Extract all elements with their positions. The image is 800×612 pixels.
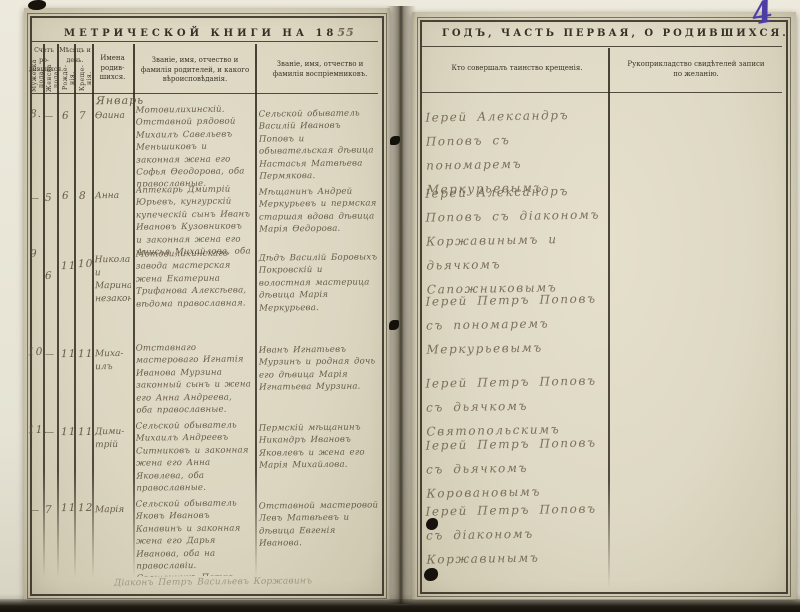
row5-date-birth: 11 xyxy=(61,426,76,438)
col-header-count-male: Мужеска пола. xyxy=(31,64,45,92)
row5-parents: Сельской обыватель Михаилъ Андреевъ Ситн… xyxy=(136,419,253,498)
row2-count-female: 5 xyxy=(45,192,53,204)
right-page-title: ГОДЪ, ЧАСТЬ ПЕРВАЯ, О РОДИВШИХСЯ. xyxy=(442,28,762,39)
title-year-handwritten: 55 xyxy=(337,26,354,39)
stitch-mark xyxy=(389,320,399,330)
row3-parents: Мотовилихинскаго завода мастерская жена … xyxy=(136,247,253,340)
row1-parents: Мотовилихинскій. Отставной рядовой Михаи… xyxy=(136,103,253,186)
row4-parents: Отставнаго мастероваго Игнатія Иванова М… xyxy=(136,341,253,418)
officiant-entry: Іерей Петръ Поповъ съ пономаремъ Меркурь… xyxy=(425,286,606,361)
col-header-signatures: Рукоприкладство свидѣтелей записи по жел… xyxy=(626,60,766,79)
row1-date-baptism: 7 xyxy=(79,110,87,122)
row2-godparents: Мѣщанинъ Андрей Меркурьевъ и пермская ст… xyxy=(259,185,380,256)
col-header-parents: Званіе, имя, отчество и фамилія родителе… xyxy=(140,56,250,85)
row6-date-baptism: 12 xyxy=(78,502,93,514)
header-bottom-rule xyxy=(32,93,378,94)
row6-parents: Сельской обыватель Яковъ Ивановъ Канавин… xyxy=(136,497,253,576)
row5-godparents: Пермскій мѣщанинъ Никандръ Ивановъ Яковл… xyxy=(259,421,380,498)
col-header-date-birth: Рожде­нія. xyxy=(62,64,76,92)
row2-name: Анна xyxy=(95,190,131,203)
row6-count-male: — xyxy=(30,506,39,516)
row3-date-birth: 11 xyxy=(61,260,76,272)
left-page-title: МЕТРИЧЕСКОЙ КНИГИ НА 1855 xyxy=(64,26,354,39)
row3-godparents: Дѣдъ Василій Боровыхъ Покровскій и волос… xyxy=(259,251,380,340)
row4-date-birth: 11 xyxy=(61,348,76,360)
officiant-entry: Іерей Александръ Поповъ съ діакономъ Кор… xyxy=(425,178,607,301)
header-bottom-rule-right xyxy=(422,92,782,93)
row1-name: Ѳаина xyxy=(95,110,131,123)
row3-count-female: 6 xyxy=(45,270,53,282)
row4-name: Миха­илъ xyxy=(95,348,131,374)
binding-seam xyxy=(386,6,416,604)
col-header-names: Имена родив­шихся. xyxy=(94,54,131,83)
row6-name: Марія xyxy=(95,504,131,517)
row5-count-female: — xyxy=(45,428,54,438)
officiant-entry: Іерей Петръ Поповъ съ діакономъ Коржавин… xyxy=(425,496,606,571)
row2-parents: Аптекарь Дмитрій Юрьевъ, кунгурскій купе… xyxy=(136,183,253,256)
ink-blot xyxy=(28,0,46,10)
row3-count-male: 9 xyxy=(30,248,38,260)
row4-date-baptism: 11 xyxy=(78,348,93,360)
row1-date-birth: 6 xyxy=(62,110,70,122)
book-spread-photo: МЕТРИЧЕСКОЙ КНИГИ НА 1855 Счетъ ро­дивши… xyxy=(0,0,800,612)
title-rule xyxy=(422,46,782,47)
officiant-entry: Іерей Петръ Поповъ съ дьячкомъ Корованов… xyxy=(425,430,606,505)
row3-date-baptism: 10 xyxy=(78,258,93,270)
row2-date-birth: 6 xyxy=(62,190,70,202)
title-printed-text: МЕТРИЧЕСКОЙ КНИГИ НА 18 xyxy=(64,28,337,39)
row6-count-female: 7 xyxy=(45,504,53,516)
scan-bottom-edge xyxy=(0,599,800,612)
row4-count-female: — xyxy=(45,350,54,360)
row1-godparents: Сельской обыватель Василій Ивановъ Попов… xyxy=(259,107,380,188)
left-page: МЕТРИЧЕСКОЙ КНИГИ НА 1855 Счетъ ро­дивши… xyxy=(24,8,390,600)
row5-date-baptism: 11 xyxy=(78,426,93,438)
row1-count-female: — xyxy=(44,112,53,122)
row6-godparents: Отставной мастеровой Левъ Матвѣевъ и дѣв… xyxy=(259,499,380,574)
right-column-divider xyxy=(608,48,610,588)
row4-godparents: Иванъ Игнатьевъ Мурзинъ и родная дочь ег… xyxy=(259,343,380,418)
row2-date-baptism: 8 xyxy=(79,190,87,202)
row3-name: Николай и Марина, незакон. xyxy=(95,254,132,330)
stitch-mark xyxy=(390,136,400,145)
col-header-date-baptism: Креще­нія. xyxy=(79,64,93,92)
col-header-count-female: Женска пола. xyxy=(46,64,60,92)
row4-count-male: 10 xyxy=(28,346,43,358)
deacon-signature: Діаконъ Петръ Васильевъ Коржавинъ xyxy=(114,575,374,592)
row2-count-male: — xyxy=(30,194,39,204)
right-page: ГОДЪ, ЧАСТЬ ПЕРВАЯ, О РОДИВШИХСЯ. Кто со… xyxy=(412,12,796,600)
row1-count-male: 8. xyxy=(30,108,42,120)
row5-name: Дими­трій xyxy=(95,426,131,452)
col-header-godparents: Званіе, имя, отчество и фамилія воспріем… xyxy=(264,60,376,79)
col-header-date-group: Мѣсяцъ и день. xyxy=(59,46,91,65)
col-header-officiant: Кто совершалъ таинство крещенія. xyxy=(442,64,592,74)
row6-date-birth: 11 xyxy=(61,502,76,514)
